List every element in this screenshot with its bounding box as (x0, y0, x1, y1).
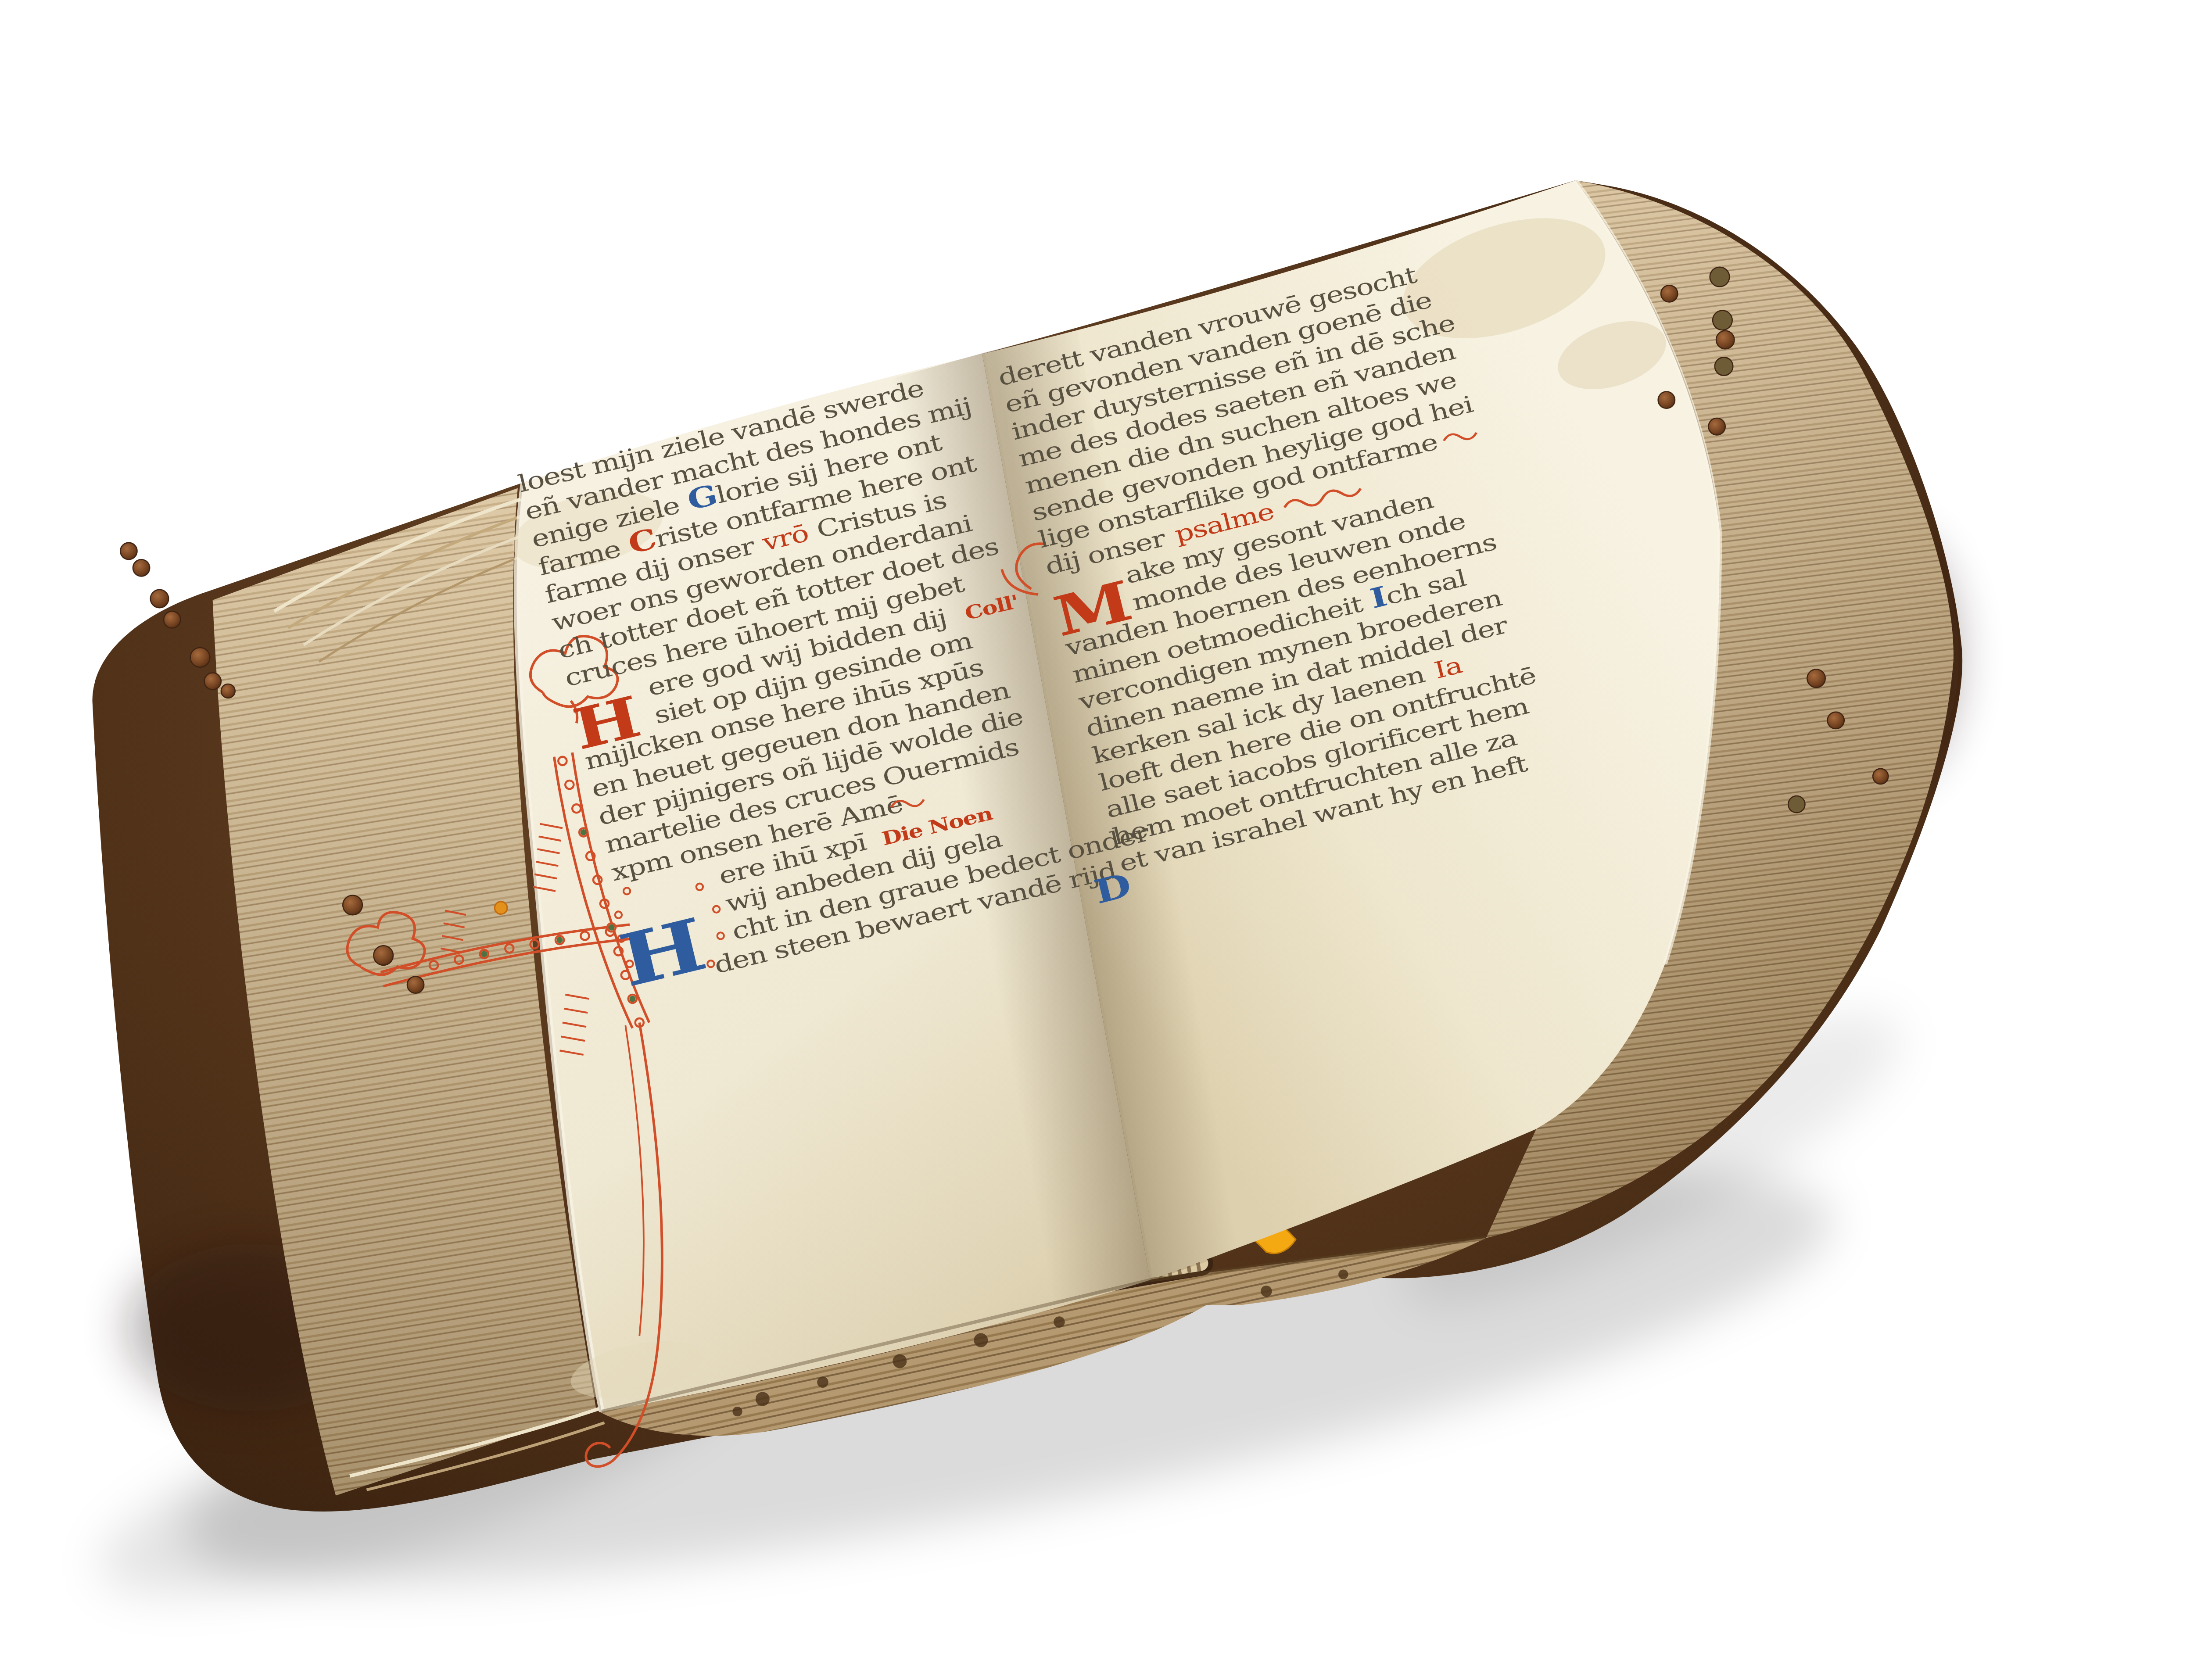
fore-edge-tab (373, 946, 393, 965)
fore-edge-tab (120, 543, 137, 559)
fore-edge-tab (1658, 391, 1675, 408)
fore-edge-tab (1788, 796, 1805, 813)
fore-edge-tab (1716, 331, 1734, 349)
fore-edge-tab (190, 648, 210, 667)
fore-edge-tab (407, 976, 424, 993)
fore-edge-tab (151, 590, 168, 608)
fore-edge-tab (221, 684, 235, 698)
penwork-orange-dot (495, 902, 507, 914)
fore-edge-tab (1873, 769, 1888, 784)
fore-edge-tab (1828, 712, 1844, 729)
fore-edge-tab (1807, 669, 1825, 687)
fore-edge-tab (133, 559, 150, 576)
fore-edge-tab (1661, 285, 1678, 302)
fore-edge-tab (343, 895, 362, 915)
fore-edge-tab (1715, 357, 1733, 375)
fore-edge-tab (204, 673, 221, 689)
fore-edge-tab (1713, 311, 1732, 330)
manuscript-photo-canvas: H H loest mijn ziele vandē swerde eñ van… (0, 0, 2194, 1680)
fore-edge-tab (1710, 267, 1730, 287)
fore-edge-tab (164, 611, 180, 628)
fore-edge-tab (1708, 418, 1725, 435)
photo-of-open-manuscript: H H loest mijn ziele vandē swerde eñ van… (0, 0, 2194, 1680)
